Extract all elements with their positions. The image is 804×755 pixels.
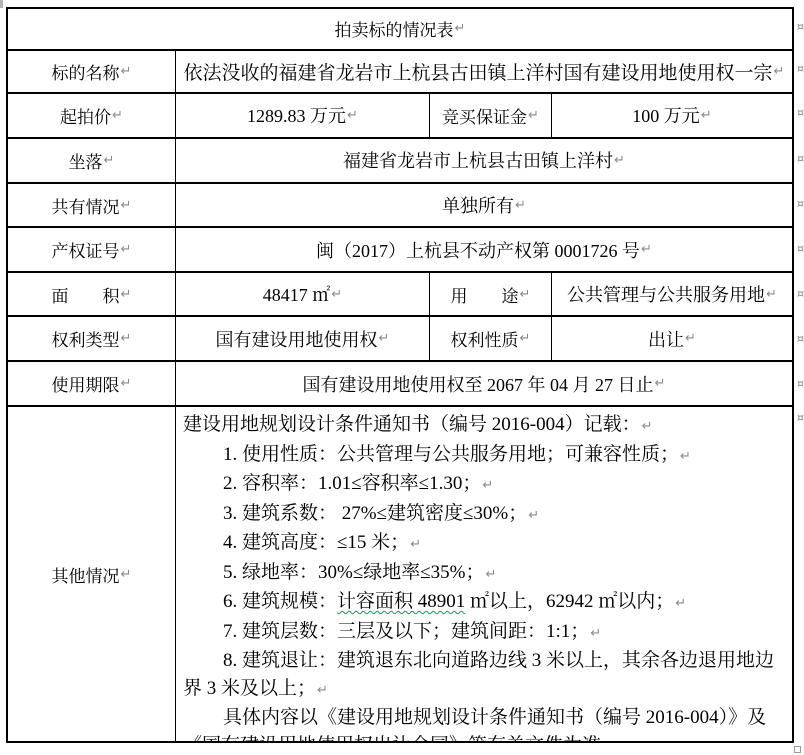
paragraph-mark-icon: ↵ [121, 376, 132, 391]
row-end-mark-icon: ¤ [797, 378, 804, 389]
usage-value-cell: 公共管理与公共服务用地↵ [551, 273, 792, 315]
location-value: 福建省龙岩市上杭县古田镇上洋村 [343, 147, 613, 173]
condition-footer: 具体内容以《建设用地规划设计条件通知书（编号 2016-004）》及《国有建设用… [183, 704, 788, 741]
condition-item-8: 8. 建筑退让：建筑退东北向道路边线 3 米以上，其余各边退用地边界 3 米及以… [183, 647, 788, 704]
condition-item-5: 5. 绿地率：30%≤绿地率≤35%；↵ [183, 559, 788, 589]
table-row-other: 其他情况↵ 建设用地规划设计条件通知书（编号 2016-004）记载：↵ 1. … [8, 405, 792, 741]
row-end-mark-icon: ¤ [797, 153, 804, 164]
paragraph-mark-icon: ↵ [317, 683, 328, 698]
paragraph-mark-icon: ↵ [528, 508, 539, 523]
price-label-cell: 起拍价↵ [8, 94, 175, 137]
table-row-ownership: 共有情况↵ 单独所有↵ [8, 182, 792, 226]
other-value-cell: 建设用地规划设计条件通知书（编号 2016-004）记载：↵ 1. 使用性质：公… [175, 407, 792, 741]
paragraph-mark-icon: ↵ [121, 331, 132, 346]
row-end-mark-icon: ¤ [797, 288, 804, 299]
right-type-value-cell: 国有建设用地使用权↵ [175, 317, 429, 361]
right-type-value: 国有建设用地使用权 [216, 326, 378, 352]
price-label: 起拍价 [60, 103, 111, 128]
paragraph-mark-icon: ↵ [655, 376, 666, 391]
ownership-value: 单独所有 [442, 192, 514, 218]
certificate-value-cell: 闽（2017）上杭县不动产权第 0001726 号↵ [175, 228, 792, 272]
location-label: 坐落 [69, 148, 103, 173]
paragraph-mark-icon: ↵ [520, 331, 531, 346]
deposit-label-cell: 竞买保证金↵ [429, 94, 551, 137]
usage-label-cell: 用 途↵ [429, 273, 551, 315]
paragraph-mark-icon: ↵ [766, 287, 777, 302]
paragraph-mark-icon: ↵ [515, 198, 526, 213]
row-end-mark-icon: ¤ [797, 243, 804, 254]
paragraph-mark-icon: ↵ [379, 331, 390, 346]
spellcheck-underline-text: 计容面积 48901 [337, 591, 465, 612]
price-value: 1289.83 万元 [247, 102, 346, 128]
usage-value: 公共管理与公共服务用地 [567, 281, 765, 307]
table-row-area: 面 积↵ 48417 ㎡↵ 用 途↵ 公共管理与公共服务用地↵ [8, 271, 792, 315]
name-value-cell: 依法没收的福建省龙岩市上杭县古田镇上洋村国有建设用地使用权一宗↵ [175, 51, 792, 93]
term-label-cell: 使用期限↵ [8, 362, 175, 405]
paragraph-mark-icon: ↵ [347, 108, 358, 123]
paragraph-mark-icon: ↵ [685, 331, 696, 346]
row-end-mark-icon: ¤ [797, 107, 804, 118]
table-row-right-type: 权利类型↵ 国有建设用地使用权↵ 权利性质↵ 出让↵ [8, 315, 792, 361]
ownership-value-cell: 单独所有↵ [175, 184, 792, 226]
ownership-label-cell: 共有情况↵ [8, 184, 175, 226]
paragraph-mark-icon: ↵ [121, 242, 132, 257]
paragraph-mark-icon: ↵ [104, 153, 115, 168]
other-label: 其他情况 [52, 562, 120, 587]
certificate-label-cell: 产权证号↵ [8, 228, 175, 272]
paragraph-mark-icon: ↵ [455, 21, 466, 36]
right-nature-label-cell: 权利性质↵ [429, 317, 551, 361]
usage-label: 用 途 [451, 282, 519, 307]
row-end-mark-icon: ¤ [797, 63, 804, 74]
paragraph-mark-icon: ↵ [121, 198, 132, 213]
right-nature-value: 出让 [648, 326, 684, 352]
condition-item-6: 6. 建筑规模：计容面积 48901 ㎡以上，62942 ㎡以内；↵ [183, 588, 788, 618]
auction-info-table: 拍卖标的情况表↵ 标的名称↵ 依法没收的福建省龙岩市上杭县古田镇上洋村国有建设用… [6, 7, 794, 743]
certificate-value: 闽（2017）上杭县不动产权第 0001726 号 [316, 237, 640, 263]
paragraph-mark-icon: ↵ [410, 537, 421, 552]
name-label: 标的名称 [52, 59, 120, 84]
paragraph-mark-icon: ↵ [520, 287, 531, 302]
paragraph-mark-icon: ↵ [121, 287, 132, 302]
paragraph-mark-icon: ↵ [112, 108, 123, 123]
price-value-cell: 1289.83 万元↵ [175, 94, 429, 137]
row-end-mark-icon: ¤ [797, 198, 804, 209]
area-label: 面 积 [52, 282, 120, 307]
paragraph-mark-icon: ↵ [614, 153, 625, 168]
other-label-cell: 其他情况↵ [8, 407, 175, 741]
table-row-price: 起拍价↵ 1289.83 万元↵ 竞买保证金↵ 100 万元↵ [8, 92, 792, 137]
table-row-title: 拍卖标的情况表↵ [8, 9, 792, 49]
name-label-cell: 标的名称↵ [8, 51, 175, 93]
paragraph-mark-icon: ↵ [641, 242, 652, 257]
condition-item-4: 4. 建筑高度：≤15 米；↵ [183, 529, 788, 559]
row-end-mark-icon: ¤ [797, 21, 804, 32]
paragraph-mark-icon: ↵ [701, 108, 712, 123]
area-value: 48417 ㎡ [263, 281, 331, 307]
paragraph-mark-icon: ↵ [621, 740, 632, 742]
certificate-label: 产权证号 [52, 237, 120, 262]
planning-notice-intro: 建设用地规划设计条件通知书（编号 2016-004）记载：↵ [183, 411, 788, 441]
condition-item-7: 7. 建筑层数：三层及以下；建筑间距：1:1；↵ [183, 618, 788, 648]
table-row-name: 标的名称↵ 依法没收的福建省龙岩市上杭县古田镇上洋村国有建设用地使用权一宗↵ [8, 49, 792, 93]
paragraph-mark-icon: ↵ [675, 596, 686, 611]
table-row-location: 坐落↵ 福建省龙岩市上杭县古田镇上洋村↵ [8, 137, 792, 183]
term-value-cell: 国有建设用地使用权至 2067 年 04 月 27 日止↵ [175, 362, 792, 405]
paragraph-mark-icon: ↵ [331, 287, 342, 302]
ownership-label: 共有情况 [52, 193, 120, 218]
page-boundary-tick [0, 0, 3, 8]
condition-item-2: 2. 容积率：1.01≤容积率≤1.30；↵ [183, 470, 788, 500]
deposit-value-cell: 100 万元↵ [551, 94, 792, 137]
table-row-term: 使用期限↵ 国有建设用地使用权至 2067 年 04 月 27 日止↵ [8, 360, 792, 405]
paragraph-mark-icon: ↵ [486, 567, 497, 582]
condition-item-3: 3. 建筑系数： 27%≤建筑密度≤30%；↵ [183, 500, 788, 530]
paragraph-mark-icon: ↵ [482, 478, 493, 493]
row-end-mark-icon: ¤ [797, 412, 804, 423]
paragraph-mark-icon: ↵ [642, 419, 653, 434]
location-value-cell: 福建省龙岩市上杭县古田镇上洋村↵ [175, 139, 792, 183]
table-row-certificate: 产权证号↵ 闽（2017）上杭县不动产权第 0001726 号↵ [8, 226, 792, 272]
deposit-value: 100 万元 [632, 102, 700, 128]
right-nature-value-cell: 出让↵ [551, 317, 792, 361]
paragraph-mark-icon: ↵ [528, 108, 539, 123]
area-label-cell: 面 积↵ [8, 273, 175, 315]
term-label: 使用期限 [52, 371, 120, 396]
right-nature-label: 权利性质 [451, 326, 519, 351]
location-label-cell: 坐落↵ [8, 139, 175, 183]
row-end-mark-icon: ¤ [797, 333, 804, 344]
paragraph-mark-icon: ↵ [680, 449, 691, 464]
name-value: 依法没收的福建省龙岩市上杭县古田镇上洋村国有建设用地使用权一宗 [184, 58, 773, 85]
right-type-label-cell: 权利类型↵ [8, 317, 175, 361]
paragraph-mark-icon: ↵ [774, 64, 785, 79]
table-title: 拍卖标的情况表 [335, 16, 454, 41]
paragraph-mark-icon: ↵ [121, 64, 132, 79]
area-value-cell: 48417 ㎡↵ [175, 273, 429, 315]
right-type-label: 权利类型 [52, 326, 120, 351]
paragraph-mark-icon: ↵ [121, 567, 132, 582]
paragraph-mark-icon: ↵ [590, 626, 601, 641]
table-resize-handle[interactable] [794, 746, 801, 753]
condition-item-1: 1. 使用性质：公共管理与公共服务用地；可兼容性质；↵ [183, 441, 788, 471]
deposit-label: 竞买保证金 [442, 103, 527, 128]
table-title-cell: 拍卖标的情况表↵ [8, 9, 792, 49]
term-value: 国有建设用地使用权至 2067 年 04 月 27 日止 [303, 371, 654, 397]
